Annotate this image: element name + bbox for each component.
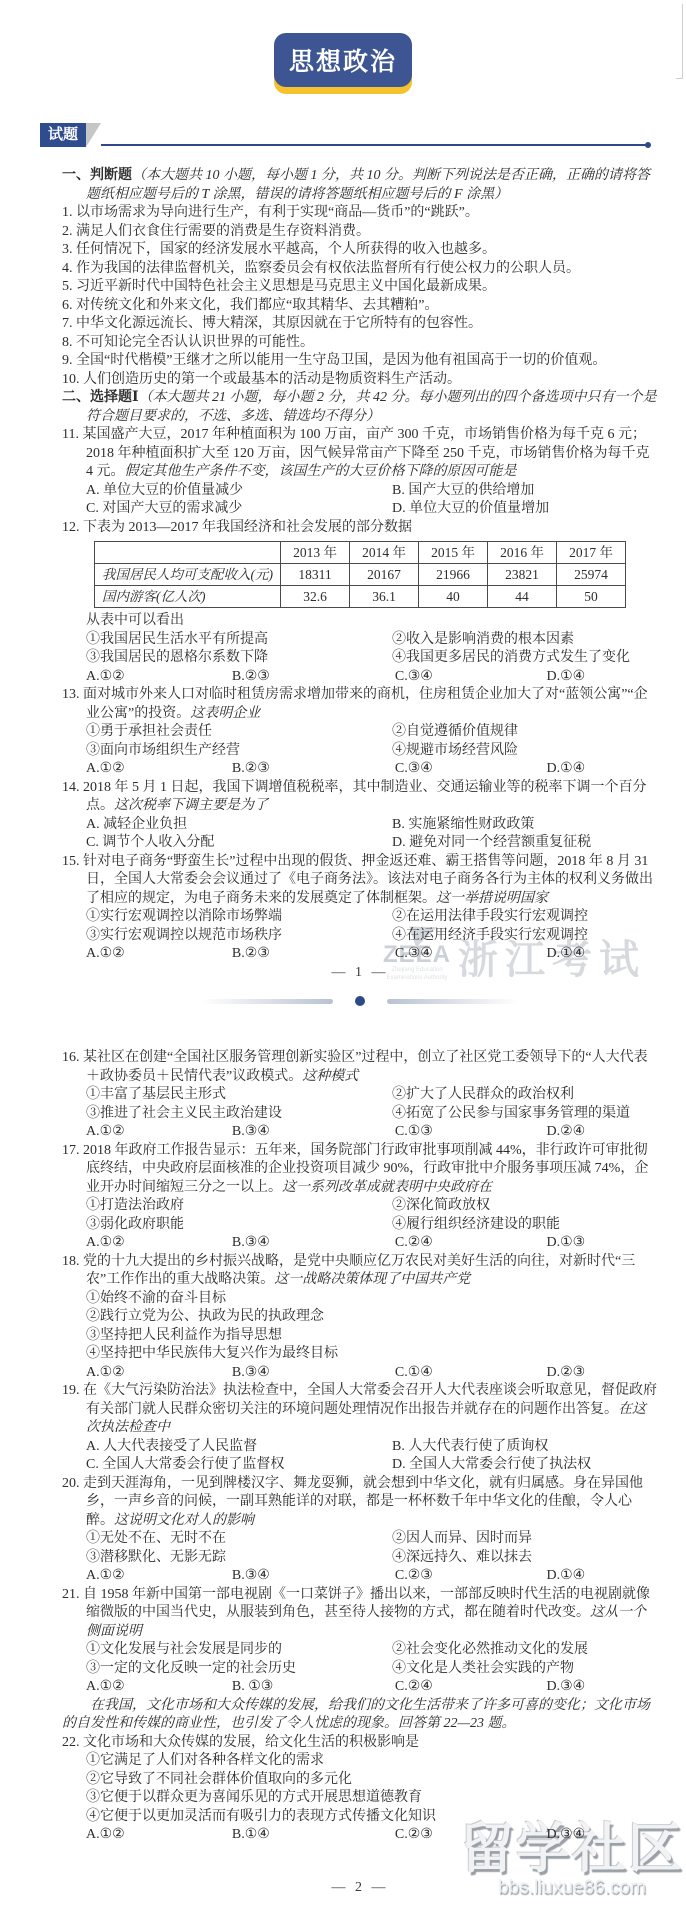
sub-options-item: ①无处不在、无时不在	[86, 1530, 392, 1549]
question-stem-kai: 这一战略决策体现了中国共产党	[274, 1272, 470, 1287]
table-cell: 36.1	[350, 586, 419, 608]
question-stem: 某社区在创建“全国社区服务管理创新实验区”过程中，创立了社区党工委领导下的“人大…	[83, 1050, 648, 1084]
question-5: 5. 习近平新时代中国特色社会主义思想是马克思主义中国化最新成果。	[62, 278, 658, 297]
sub-options-item: ②因人而异、因时而异	[392, 1530, 658, 1549]
question-stem: 习近平新时代中国特色社会主义思想是马克思主义中国化最新成果。	[76, 279, 496, 294]
answer-choices-item: A.①②	[86, 1567, 232, 1586]
question-stem: 针对电子商务“野蛮生长”过程中出现的假货、押金返还难、霸王搭售等问题，2018 …	[83, 854, 653, 906]
answer-choices-item: C.②③	[395, 1567, 547, 1586]
divider-dot-icon	[355, 996, 365, 1006]
question-number: 8.	[62, 335, 76, 350]
sub-option: ③坚持把人民利益作为指导思想	[86, 1327, 658, 1346]
question-stem-kai: 这一系列改革成就表明中央政府在	[282, 1180, 492, 1195]
group-intro: 在我国，文化市场和大众传媒的发展，给我们的文化生活带来了许多可喜的变化；文化市场…	[62, 1697, 658, 1734]
question-17: 17. 2018 年政府工作报告显示：五年来，国务院部门行政审批事项削减 44%…	[62, 1142, 658, 1253]
question-10: 10. 人们创造历史的第一个或最基本的活动是物质资料生产活动。	[62, 371, 658, 390]
answer-choices: A.①②B.③④C.①③D.②④	[86, 1123, 658, 1142]
table-header-row: 2013 年2014 年2015 年2016 年2017 年	[95, 542, 626, 564]
sub-options: ①实行宏观调控以消除市场弊端②在运用法律手段实行宏观调控③实行宏观调控以规范市场…	[86, 908, 658, 945]
questions-tab-label: 试题	[40, 123, 86, 147]
answer-choices-item: C.③④	[395, 945, 547, 964]
question-number: 1.	[62, 205, 76, 220]
question-number: 10.	[62, 372, 83, 387]
answer-choices-item: D.①④	[546, 945, 658, 964]
question-stem-kai: 这说明文化对人的影响	[114, 1513, 254, 1528]
sub-options-item: ②社会变化必然推动文化的发展	[392, 1641, 658, 1660]
answer-choices: A.①②B.②③C.③④D.①④	[86, 945, 658, 964]
answer-choices-item: A.①②	[86, 945, 232, 964]
sub-options-item: ①丰富了基层民主形式	[86, 1086, 392, 1105]
subject-badge-wrap: 思想政治	[0, 0, 686, 87]
section-title: 二、选择题Ⅰ	[62, 390, 139, 405]
question-6: 6. 对传统文化和外来文化，我们都应“取其精华、去其糟粕”。	[62, 297, 658, 316]
question-2: 2. 满足人们衣食住行需要的消费是生存资料消费。	[62, 223, 658, 242]
answer-choices-item: A.①②	[86, 1123, 232, 1142]
section-title: 一、判断题	[62, 168, 132, 183]
sub-options-item: ④文化是人类社会实践的产物	[392, 1660, 658, 1679]
answer-choices-item: D. 单位大豆的价值量增加	[392, 500, 658, 519]
table-cell: 25974	[557, 564, 626, 586]
page-divider	[62, 979, 658, 1023]
question-number: 18.	[62, 1254, 83, 1269]
sub-options-item: ④拓宽了公民参与国家事务管理的渠道	[392, 1105, 658, 1124]
table-cell: 50	[557, 586, 626, 608]
subject-badge-label: 思想政治	[274, 33, 412, 87]
answer-choices-item: C. 全国人大常委会行使了监督权	[86, 1456, 392, 1475]
table-cell: 国内游客(亿人次)	[95, 586, 281, 608]
sub-options-item: ③面向市场组织生产经营	[86, 742, 392, 761]
sub-option: ②践行立党为公、执政为民的执政理念	[86, 1308, 658, 1327]
question-stem: 不可知论完全否认认识世界的可能性。	[76, 335, 314, 350]
answer-choices: A. 人大代表接受了人民监督B. 人大代表行使了质询权C. 全国人大常委会行使了…	[86, 1438, 658, 1475]
question-stem: 面对城市外来人口对临时租赁房需求增加带来的商机，住房租赁企业加大了对“蓝领公寓”…	[83, 687, 648, 721]
sub-options-item: ①文化发展与社会发展是同步的	[86, 1641, 392, 1660]
question-16: 16. 某社区在创建“全国社区服务管理创新实验区”过程中，创立了社区党工委领导下…	[62, 1049, 658, 1142]
question-number: 6.	[62, 298, 76, 313]
answer-choices-item: D.③④	[546, 1678, 658, 1697]
answer-choices-item: B.②③	[232, 945, 395, 964]
question-stem-kai: 这次税率下调主要是为了	[114, 798, 268, 813]
sub-options: ①它满足了人们对各种各样文化的需求②它导致了不同社会群体价值取向的多元化③它便于…	[86, 1752, 658, 1826]
table-note: 从表中可以看出	[86, 612, 658, 631]
answer-choices: A. 减轻企业负担B. 实施紧缩性财政政策C. 调节个人收入分配D. 避免对同一…	[86, 816, 658, 853]
question-number: 21.	[62, 1587, 83, 1602]
sub-options-item: ③一定的文化反映一定的社会历史	[86, 1660, 392, 1679]
answer-choices-item: A.①②	[86, 1364, 232, 1383]
question-stem-kai: 这表明企业	[190, 706, 260, 721]
answer-choices-item: B. 人大代表行使了质询权	[392, 1438, 658, 1457]
question-4: 4. 作为我国的法律监督机关，监察委员会有权依法监督所有行使公权力的公职人员。	[62, 260, 658, 279]
sub-options: ①丰富了基层民主形式②扩大了人民群众的政治权利③推进了社会主义民主政治建设④拓宽…	[86, 1086, 658, 1123]
question-number: 9.	[62, 353, 76, 368]
answer-choices-item: C.②③	[395, 1826, 547, 1845]
answer-choices-item: C. 调节个人收入分配	[86, 834, 392, 853]
answer-choices: A. 单位大豆的价值量减少B. 国产大豆的供给增加C. 对国产大豆的需求减少D.…	[86, 482, 658, 519]
question-number: 17.	[62, 1143, 83, 1158]
question-number: 15.	[62, 854, 83, 869]
exam-page-2: 16. 某社区在创建“全国社区服务管理创新实验区”过程中，创立了社区党工委领导下…	[62, 1023, 658, 1897]
answer-choices-item: D.①③	[546, 1234, 658, 1253]
answer-choices: A.①②B.②③C.③④D.①④	[86, 760, 658, 779]
table-cell: 20167	[350, 564, 419, 586]
table-cell: 我国居民人均可支配收入(元)	[95, 564, 281, 586]
sub-option: ①它满足了人们对各种各样文化的需求	[86, 1752, 658, 1771]
answer-choices-item: D.①④	[546, 760, 658, 779]
answer-choices-item: A.①②	[86, 1678, 232, 1697]
question-stem-kai: 这种模式	[302, 1069, 358, 1084]
answer-choices-item: A.①②	[86, 668, 232, 687]
exam-page-1: 一、判断题（本大题共 10 小题，每小题 1 分，共 10 分。判断下列说法是否…	[62, 167, 658, 979]
question-number: 13.	[62, 687, 83, 702]
sub-options-item: ①勇于承担社会责任	[86, 723, 392, 742]
questions-tab-row: 试题	[40, 123, 650, 147]
question-number: 7.	[62, 316, 76, 331]
table-cell: 40	[419, 586, 488, 608]
answer-choices-item: C. 对国产大豆的需求减少	[86, 500, 392, 519]
answer-choices: A.①②B.②③C.③④D.①④	[86, 668, 658, 687]
sub-options-item: ①我国居民生活水平有所提高	[86, 631, 392, 650]
data-table-wrap: 2013 年2014 年2015 年2016 年2017 年我国居民人均可支配收…	[86, 541, 658, 608]
answer-choices-item: D.①④	[546, 1567, 658, 1586]
answer-choices-item: C.②④	[395, 1234, 547, 1253]
answer-choices-item: D.②③	[546, 1364, 658, 1383]
sub-options-item: ③推进了社会主义民主政治建设	[86, 1105, 392, 1124]
sub-option: ④坚持把中华民族伟大复兴作为最终目标	[86, 1345, 658, 1364]
table-cell: 18311	[281, 564, 350, 586]
answer-choices-item: B.③④	[232, 1567, 395, 1586]
sub-options-item: ③潜移默化、无影无踪	[86, 1549, 392, 1568]
sub-options-item: ①打造法治政府	[86, 1197, 392, 1216]
sub-options-item: ②深化简政放权	[392, 1197, 658, 1216]
sub-options-item: ④履行组织经济建设的职能	[392, 1216, 658, 1235]
question-18: 18. 党的十九大提出的乡村振兴战略，是党中央顺应亿万农民对美好生活的向往，对新…	[62, 1253, 658, 1383]
question-stem: 全国“时代楷模”王继才之所以能用一生守岛卫国，是因为他有祖国高于一切的价值观。	[76, 353, 606, 368]
sub-options: ①打造法治政府②深化简政放权③弱化政府职能④履行组织经济建设的职能	[86, 1197, 658, 1234]
answer-choices-item: D. 全国人大常委会行使了执法权	[392, 1456, 658, 1475]
question-stem: 自 1958 年新中国第一部电视剧《一口菜饼子》播出以来，一部部反映时代生活的电…	[83, 1587, 650, 1621]
question-number: 11.	[62, 427, 82, 442]
answer-choices-item: B.③④	[232, 1364, 395, 1383]
answer-choices-item: A. 人大代表接受了人民监督	[86, 1438, 392, 1457]
divider-left-bar	[201, 999, 333, 1004]
sub-options-item: ②在运用法律手段实行宏观调控	[392, 908, 658, 927]
answer-choices-item: C.③④	[395, 760, 547, 779]
answer-choices-item: D.②④	[546, 1123, 658, 1142]
question-number: 5.	[62, 279, 76, 294]
answer-choices-item: B.②③	[232, 668, 395, 687]
table-header-cell: 2017 年	[557, 542, 626, 564]
answer-choices-item: A.①②	[86, 1826, 232, 1845]
data-table: 2013 年2014 年2015 年2016 年2017 年我国居民人均可支配收…	[94, 541, 626, 608]
question-11: 11. 某国盛产大豆，2017 年种植面积为 100 万亩，亩产 300 千克，…	[62, 426, 658, 519]
answer-choices-item: B. 国产大豆的供给增加	[392, 482, 658, 501]
answer-choices-item: A. 减轻企业负担	[86, 816, 392, 835]
sub-options: ①始终不渝的奋斗目标②践行立党为公、执政为民的执政理念③坚持把人民利益作为指导思…	[86, 1290, 658, 1364]
question-number: 14.	[62, 780, 83, 795]
table-header-cell: 2016 年	[488, 542, 557, 564]
question-stem: 在《大气污染防治法》执法检查中，全国人大常委会召开人大代表座谈会听取意见，督促政…	[83, 1383, 657, 1417]
answer-choices: A.①②B. ①③C.②④D.③④	[86, 1678, 658, 1697]
question-number: 12.	[62, 520, 83, 535]
sub-option: ②它导致了不同社会群体价值取向的多元化	[86, 1771, 658, 1790]
question-21: 21. 自 1958 年新中国第一部电视剧《一口菜饼子》播出以来，一部部反映时代…	[62, 1586, 658, 1697]
question-19: 19. 在《大气污染防治法》执法检查中，全国人大常委会召开人大代表座谈会听取意见…	[62, 1382, 658, 1475]
page2-questions: 16. 某社区在创建“全国社区服务管理创新实验区”过程中，创立了社区党工委领导下…	[62, 1049, 658, 1845]
answer-choices-item: C.③④	[395, 668, 547, 687]
answer-choices-item: D. 避免对同一个经营额重复征税	[392, 834, 658, 853]
question-number: 2.	[62, 224, 76, 239]
question-9: 9. 全国“时代楷模”王继才之所以能用一生守岛卫国，是因为他有祖国高于一切的价值…	[62, 352, 658, 371]
section-header: 二、选择题Ⅰ（本大题共 21 小题，每小题 2 分，共 42 分。每小题列出的四…	[62, 389, 658, 426]
sub-options-item: ④深远持久、难以抹去	[392, 1549, 658, 1568]
answer-choices-item: C.①④	[395, 1364, 547, 1383]
divider-right-bar	[387, 999, 519, 1004]
section-desc: （本大题共 10 小题，每小题 1 分，共 10 分。判断下列说法是否正确，正确…	[86, 168, 650, 202]
section-rule	[101, 144, 650, 146]
question-number: 4.	[62, 261, 76, 276]
answer-choices-item: B.③④	[232, 1234, 395, 1253]
question-stem: 人们创造历史的第一个或最基本的活动是物质资料生产活动。	[83, 372, 461, 387]
answer-choices-item: B.②③	[232, 760, 395, 779]
table-header-cell: 2015 年	[419, 542, 488, 564]
answer-choices: A.①②B.③④C.①④D.②③	[86, 1364, 658, 1383]
answer-choices: A.①②B.①④C.②③D.③④	[86, 1826, 658, 1845]
sub-options-item: ③弱化政府职能	[86, 1216, 392, 1235]
question-13: 13. 面对城市外来人口对临时租赁房需求增加带来的商机，住房租赁企业加大了对“蓝…	[62, 686, 658, 779]
question-stem: 作为我国的法律监督机关，监察委员会有权依法监督所有行使公权力的公职人员。	[76, 261, 580, 276]
question-stem: 下表为 2013—2017 年我国经济和社会发展的部分数据	[83, 520, 412, 535]
question-3: 3. 任何情况下，国家的经济发展水平越高，个人所获得的收入也越多。	[62, 241, 658, 260]
question-7: 7. 中华文化源远流长、博大精深，其原因就在于它所特有的包容性。	[62, 315, 658, 334]
question-stem: 对传统文化和外来文化，我们都应“取其精华、去其糟粕”。	[76, 298, 438, 313]
question-number: 19.	[62, 1383, 83, 1398]
table-cell: 23821	[488, 564, 557, 586]
sub-options: ①无处不在、无时不在②因人而异、因时而异③潜移默化、无影无踪④深远持久、难以抹去	[86, 1530, 658, 1567]
answer-choices-item: C.②④	[395, 1678, 547, 1697]
sub-options-item: ②自觉遵循价值规律	[392, 723, 658, 742]
table-header-cell: 2014 年	[350, 542, 419, 564]
sub-options-item: ④我国更多居民的消费方式发生了变化	[392, 649, 658, 668]
sub-option: ①始终不渝的奋斗目标	[86, 1290, 658, 1309]
question-stem: 以市场需求为导向进行生产，有利于实现“商品—货币”的“跳跃”。	[76, 205, 479, 220]
question-20: 20. 走到天涯海角，一见到牌楼汉字、舞龙耍狮，就会想到中华文化，就有归属感。身…	[62, 1475, 658, 1586]
sub-options-item: ②收入是影响消费的根本因素	[392, 631, 658, 650]
question-15: 15. 针对电子商务“野蛮生长”过程中出现的假货、押金返还难、霸王搭售等问题，2…	[62, 853, 658, 964]
question-number: 20.	[62, 1476, 83, 1491]
question-number: 16.	[62, 1050, 83, 1065]
sub-options: ①勇于承担社会责任②自觉遵循价值规律③面向市场组织生产经营④规避市场经营风险	[86, 723, 658, 760]
question-12: 12. 下表为 2013—2017 年我国经济和社会发展的部分数据2013 年2…	[62, 519, 658, 687]
sub-options-item: ①实行宏观调控以消除市场弊端	[86, 908, 392, 927]
question-stem: 中华文化源远流长、博大精深，其原因就在于它所特有的包容性。	[76, 316, 482, 331]
question-1: 1. 以市场需求为导向进行生产，有利于实现“商品—货币”的“跳跃”。	[62, 204, 658, 223]
question-stem: 文化市场和大众传媒的发展，给文化生活的积极影响是	[83, 1735, 419, 1750]
subject-badge: 思想政治	[274, 33, 412, 87]
answer-choices-item: D.①④	[546, 668, 658, 687]
answer-choices-item: D.③④	[546, 1826, 658, 1845]
tab-fold-corner-icon	[86, 123, 101, 147]
table-header-cell	[95, 542, 281, 564]
answer-choices-item: A.①②	[86, 1234, 232, 1253]
answer-choices-item: B. 实施紧缩性财政政策	[392, 816, 658, 835]
rule-end-dot-icon	[645, 142, 651, 148]
question-number: 3.	[62, 242, 76, 257]
answer-choices-item: C.①③	[395, 1123, 547, 1142]
table-cell: 21966	[419, 564, 488, 586]
sub-options-item: ④在运用经济手段实行宏观调控	[392, 927, 658, 946]
exam-content: 一、判断题（本大题共 10 小题，每小题 1 分，共 10 分。判断下列说法是否…	[62, 167, 658, 1897]
answer-choices: A.①②B.③④C.②④D.①③	[86, 1234, 658, 1253]
table-cell: 44	[488, 586, 557, 608]
question-number: 22.	[62, 1735, 83, 1750]
sub-option: ④它便于以更加灵活而有吸引力的表现方式传播文化知识	[86, 1808, 658, 1827]
sub-options: ①我国居民生活水平有所提高②收入是影响消费的根本因素③我国居民的恩格尔系数下降④…	[86, 631, 658, 668]
section-desc: （本大题共 21 小题，每小题 2 分，共 42 分。每小题列出的四个备选项中只…	[86, 390, 657, 424]
table-header-cell: 2013 年	[281, 542, 350, 564]
table-row: 我国居民人均可支配收入(元)1831120167219662382125974	[95, 564, 626, 586]
table-cell: 32.6	[281, 586, 350, 608]
answer-choices-item: B. ①③	[232, 1678, 395, 1697]
question-14: 14. 2018 年 5 月 1 日起，我国下调增值税税率，其中制造业、交通运输…	[62, 779, 658, 853]
table-row: 国内游客(亿人次)32.636.1404450	[95, 586, 626, 608]
answer-choices-item: B.①④	[232, 1826, 395, 1845]
sub-options: ①文化发展与社会发展是同步的②社会变化必然推动文化的发展③一定的文化反映一定的社…	[86, 1641, 658, 1678]
answer-choices: A.①②B.③④C.②③D.①④	[86, 1567, 658, 1586]
question-8: 8. 不可知论完全否认认识世界的可能性。	[62, 334, 658, 353]
question-stem-kai: 这一举措说明国家	[436, 891, 548, 906]
sub-options-item: ③我国居民的恩格尔系数下降	[86, 649, 392, 668]
sub-options-item: ②扩大了人民群众的政治权利	[392, 1086, 658, 1105]
answer-choices-item: B.③④	[232, 1123, 395, 1142]
answer-choices-item: A.①②	[86, 760, 232, 779]
question-stem: 满足人们衣食住行需要的消费是生存资料消费。	[76, 224, 370, 239]
question-stem: 任何情况下，国家的经济发展水平越高，个人所获得的收入也越多。	[76, 242, 496, 257]
sub-option: ③它便于以群众更为喜闻乐见的方式开展思想道德教育	[86, 1789, 658, 1808]
answer-choices-item: A. 单位大豆的价值量减少	[86, 482, 392, 501]
question-stem-kai: 假定其他生产条件不变，该国生产的大豆价格下降的原因可能是	[125, 464, 517, 479]
sub-options-item: ③实行宏观调控以规范市场秩序	[86, 927, 392, 946]
sub-options-item: ④规避市场经营风险	[392, 742, 658, 761]
page1-questions: 一、判断题（本大题共 10 小题，每小题 1 分，共 10 分。判断下列说法是否…	[62, 167, 658, 964]
section-header: 一、判断题（本大题共 10 小题，每小题 1 分，共 10 分。判断下列说法是否…	[62, 167, 658, 204]
page2-number: — 2 —	[62, 1879, 658, 1898]
question-22: 22. 文化市场和大众传媒的发展，给文化生活的积极影响是①它满足了人们对各种各样…	[62, 1734, 658, 1845]
